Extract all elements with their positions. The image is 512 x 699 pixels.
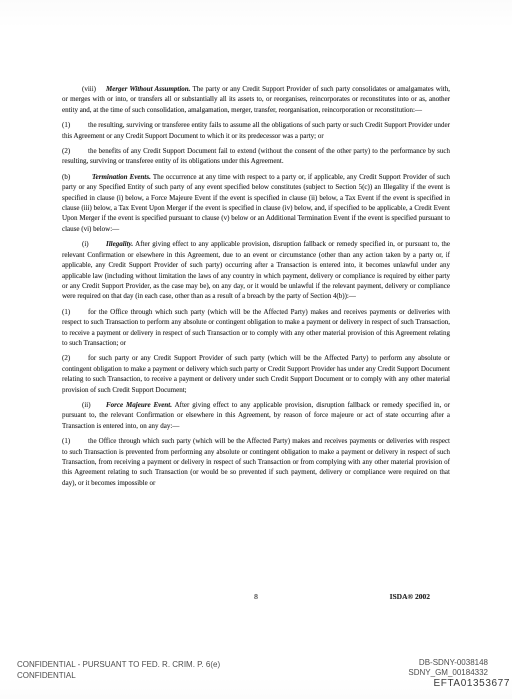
- clause-text: The occurrence at any time with respect …: [62, 173, 450, 233]
- bates-number: EFTA01353677: [408, 679, 510, 689]
- db-sdny-number: DB-SDNY-0038148: [408, 658, 488, 668]
- confidentiality-stamp: CONFIDENTIAL - PURSUANT TO FED. R. CRIM.…: [17, 659, 220, 681]
- clause-text: the benefits of any Credit Support Docum…: [62, 147, 450, 165]
- clause-marker: (2): [62, 146, 88, 156]
- clause-marker: (1): [62, 307, 88, 317]
- clause-marker: (2): [62, 353, 88, 363]
- clause-text: After giving effect to any applicable pr…: [62, 240, 450, 300]
- clause-marker: (ii): [82, 400, 106, 410]
- clause-text: the resulting, surviving or transferee e…: [62, 121, 450, 139]
- page-footer-row: 8 ISDA® 2002: [62, 592, 450, 606]
- clause-text: for the Office through which such party …: [62, 308, 450, 347]
- clause-heading: Force Majeure Event.: [106, 401, 172, 409]
- clause-heading: Termination Events.: [92, 173, 151, 181]
- document-body: (viii)Merger Without Assumption. The par…: [62, 84, 450, 493]
- clause-heading: Illegality.: [106, 240, 133, 248]
- subclause-viii-2: (2)the benefits of any Credit Support Do…: [62, 146, 450, 167]
- confidential-line: CONFIDENTIAL: [17, 670, 220, 681]
- subclause-ii-1: (1)the Office through which such party (…: [62, 436, 450, 488]
- scanned-document-page: (viii)Merger Without Assumption. The par…: [0, 0, 512, 699]
- clause-marker: (b): [62, 172, 92, 182]
- subclause-i-1: (1)for the Office through which such par…: [62, 307, 450, 349]
- confidential-pursuant-line: CONFIDENTIAL - PURSUANT TO FED. R. CRIM.…: [17, 659, 220, 670]
- clause-ii-force-majeure-event: (ii)Force Majeure Event. After giving ef…: [62, 400, 450, 431]
- clause-viii-merger-without-assumption: (viii)Merger Without Assumption. The par…: [62, 84, 450, 115]
- clause-text: for such party or any Credit Support Pro…: [62, 354, 450, 393]
- subclause-i-2: (2)for such party or any Credit Support …: [62, 353, 450, 395]
- clause-heading: Merger Without Assumption.: [106, 85, 190, 93]
- clause-text: the Office through which such party (whi…: [62, 437, 450, 487]
- sdny-gm-number: SDNY_GM_00184332: [408, 668, 488, 678]
- clause-i-illegality: (i)Illegality. After giving effect to an…: [62, 239, 450, 301]
- clause-marker: (viii): [82, 84, 106, 94]
- production-number-stamp: DB-SDNY-0038148 SDNY_GM_00184332 EFTA013…: [408, 658, 488, 689]
- clause-marker: (i): [82, 239, 106, 249]
- clause-marker: (1): [62, 436, 88, 446]
- subclause-viii-1: (1)the resulting, surviving or transfere…: [62, 120, 450, 141]
- clause-marker: (1): [62, 120, 88, 130]
- isda-edition-mark: ISDA® 2002: [390, 592, 430, 601]
- section-b-termination-events: (b)Termination Events. The occurrence at…: [62, 172, 450, 234]
